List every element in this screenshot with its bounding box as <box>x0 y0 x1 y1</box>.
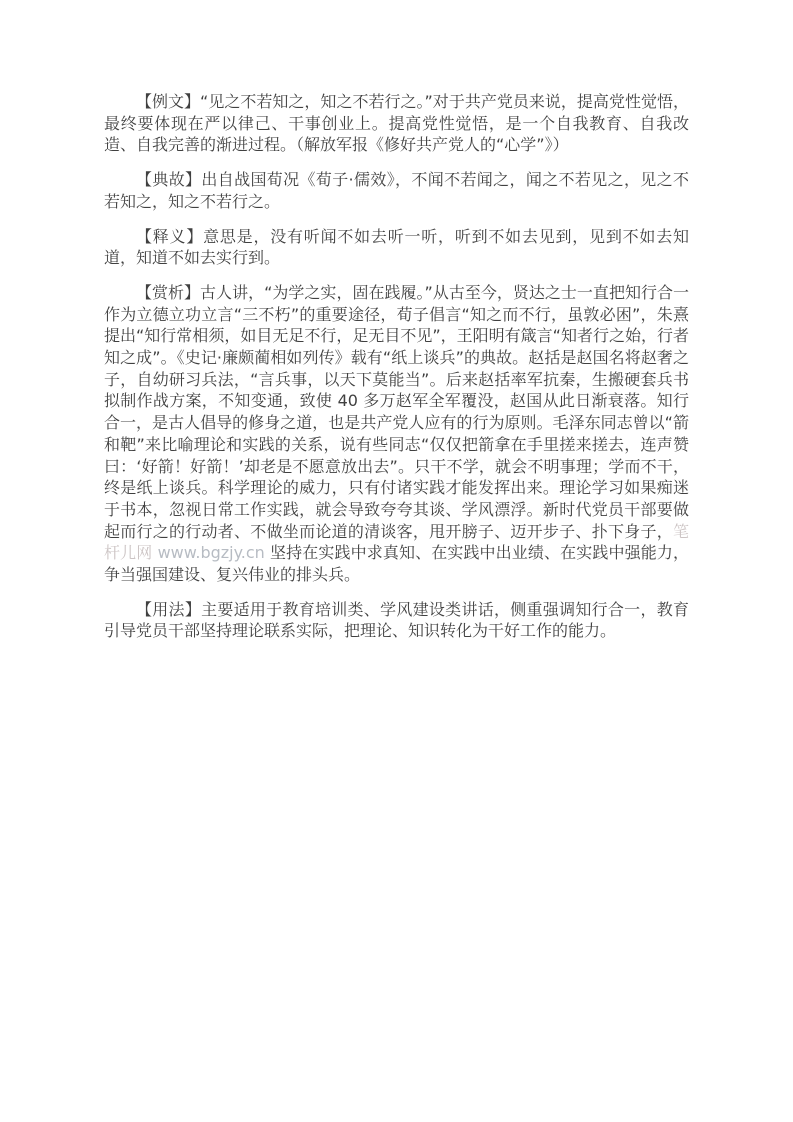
paragraph-text: 【释义】意思是，没有听闻不如去听一听，听到不如去见到，见到不如去知道，知道不如去… <box>104 227 689 268</box>
document-body: 【例文】“见之不若知之，知之不若行之。”对于共产党员来说，提高党性觉悟，最终要体… <box>0 0 793 642</box>
paragraph-text: 【例文】“见之不若知之，知之不若行之。”对于共产党员来说，提高党性觉悟，最终要体… <box>104 92 689 154</box>
paragraph-diangu: 【典故】出自战国荀况《荀子·儒效》，不闻不若闻之，闻之不若见之，见之不若知之，知… <box>104 169 689 212</box>
watermark-site-url: www.bgzjy.cn <box>158 543 265 562</box>
document-page: 【例文】“见之不若知之，知之不若行之。”对于共产党员来说，提高党性觉悟，最终要体… <box>0 0 793 1122</box>
paragraph-text: 【赏析】古人讲，“为学之实，固在践履。”从古至今，贤达之士一直把知行合一作为立德… <box>104 283 689 541</box>
paragraph-yongfa: 【用法】主要适用于教育培训类、学风建设类讲话，侧重强调知行合一，教育引导党员干部… <box>104 599 689 642</box>
paragraph-liwen: 【例文】“见之不若知之，知之不若行之。”对于共产党员来说，提高党性觉悟，最终要体… <box>104 91 689 156</box>
paragraph-shiyi: 【释义】意思是，没有听闻不如去听一听，听到不如去见到，见到不如去知道，知道不如去… <box>104 226 689 269</box>
paragraph-shangxi: 【赏析】古人讲，“为学之实，固在践履。”从古至今，贤达之士一直把知行合一作为立德… <box>104 282 689 586</box>
paragraph-text: 【用法】主要适用于教育培训类、学风建设类讲话，侧重强调知行合一，教育引导党员干部… <box>104 600 689 641</box>
paragraph-text: 【典故】出自战国荀况《荀子·儒效》，不闻不若闻之，闻之不若见之，见之不若知之，知… <box>104 170 689 211</box>
